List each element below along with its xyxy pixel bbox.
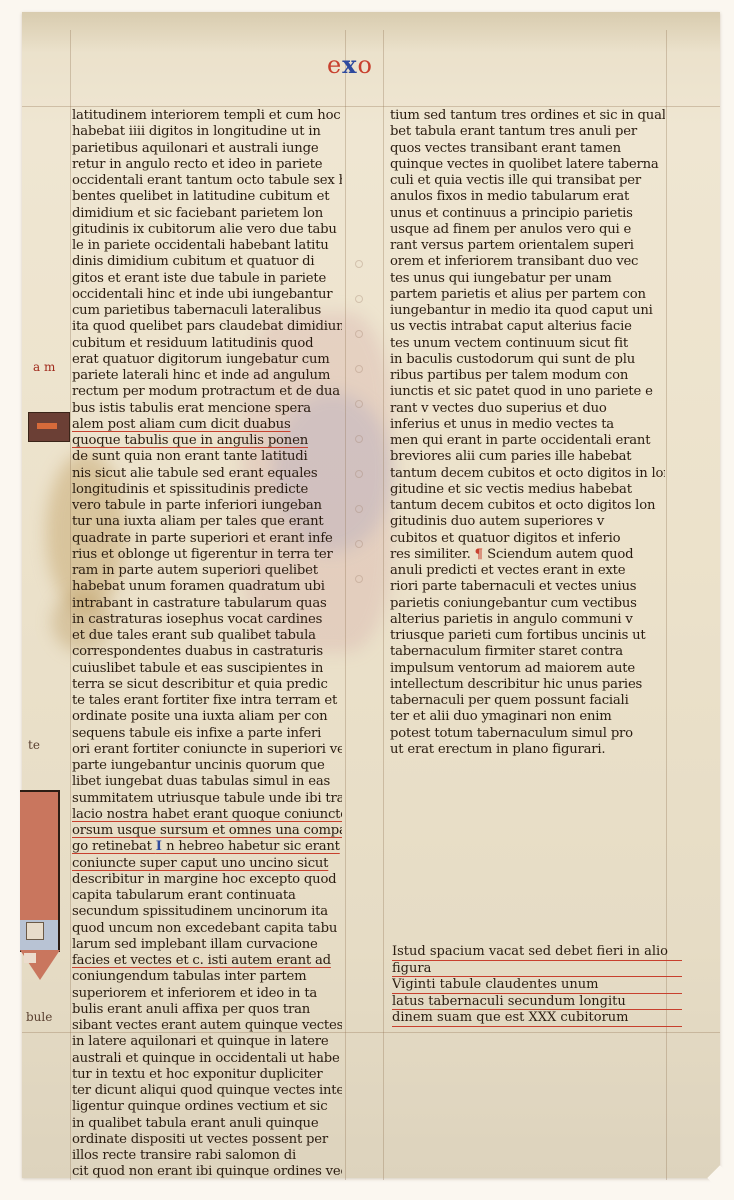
text-line: quinque vectes in quolibet latere tabern… [390,157,665,173]
text-line: terra se sicut describitur et quia predi… [72,677,342,693]
text-line: et due tales erant sub qualibet tabula [72,628,342,644]
text-line: in qualibet tabula erant anuli quinque [72,1116,342,1132]
text-line: rant v vectes duo superius et duo [390,401,665,417]
left-text-column: latitudinem interiorem templi et cum hoc… [72,108,342,1181]
paragraph-mark: ¶ [475,547,488,562]
text-line: men qui erant in parte occidentali erant [390,433,665,449]
text-line: Istud spacium vacat sed debet fieri in a… [392,944,682,961]
blue-initial: I [156,839,166,854]
text-line: rius et oblonge ut figerentur in terra t… [72,547,342,563]
text-line: erat quatuor digitorum iungebatur cum [72,352,342,368]
text-line: tabernaculi per quem possunt faciali [390,693,665,709]
text-line: tes unum vectem continuum sicut fit [390,336,665,352]
text-line: cubitum et residuum latitudinis quod [72,336,342,352]
text-line: quoque tabulis que in angulis ponen [72,433,342,449]
text-line: larum sed implebant illam curvacione [72,937,342,953]
text-line: figura [392,961,682,978]
text-line: coniungendum tabulas inter partem [72,969,342,985]
text-line: vero tabule in parte inferiori iungeban [72,498,342,514]
text-line: tantum decem cubitos et octo digitos lon [390,498,665,514]
text-line: quos vectes transibant erant tamen [390,141,665,157]
text-line: ligentur quinque ordines vectium et sic [72,1099,342,1115]
text-line: dinis dimidium cubitum et quatuor di [72,254,342,270]
bottom-note: Istud spacium vacat sed debet fieri in a… [392,944,682,1027]
text-line: correspondentes duabus in castraturis [72,644,342,660]
running-head-x: x [342,50,357,79]
text-line: intrabant in castrature tabularum quas [72,596,342,612]
text-line: describitur in margine hoc excepto quod [72,872,342,888]
text-line: facies et vectes et c. isti autem erant … [72,953,342,969]
diagram-socket [26,922,44,940]
tabula-diagram [20,790,60,990]
text-line: anulos fixos in medio tabularum erat [390,189,665,205]
ruling-line [70,30,71,1180]
text-line: ram in parte autem superiori quelibet [72,563,342,579]
text-line: triusque parieti cum fortibus uncinis ut [390,628,665,644]
text-line: occidentali erant tantum octo tabule sex… [72,173,342,189]
text-line: ribus partibus per talem modum con [390,368,665,384]
text-line: occidentali hinc et inde ubi iungebantur [72,287,342,303]
text-line: lacio nostra habet erant quoque coniunct… [72,807,342,823]
text-line: bet tabula erant tantum tres anuli per [390,124,665,140]
text-line: summitatem utriusque tabule unde ibi tra [72,791,342,807]
text-line: habebat unum foramen quadratum ubi [72,579,342,595]
text-line: gitudinis duo autem superiores v [390,514,665,530]
text-line: sibant vectes erant autem quinque vectes [72,1018,342,1034]
text-line: potest totum tabernaculum simul pro [390,726,665,742]
margin-painted-box [28,412,70,442]
text-line: unus et continuus a principio parietis [390,206,665,222]
text-line: retur in angulo recto et ideo in pariete [72,157,342,173]
text-line: Viginti tabule claudentes unum [392,977,682,994]
text-line: de sunt quia non erant tante latitudi [72,449,342,465]
text-line: partem parietis et alius per partem con [390,287,665,303]
text-line: impulsum ventorum ad maiorem aute [390,661,665,677]
diagram-board [20,790,60,922]
text-line: breviores alii cum paries ille habebat [390,449,665,465]
text-line: anuli predicti et vectes erant in exte [390,563,665,579]
text-line: us vectis intrabat caput alterius facie [390,319,665,335]
text-line: gitudinis ix cubitorum alie vero due tab… [72,222,342,238]
prick-marks [355,260,361,610]
text-line: bus istis tabulis erat mencione spera [72,401,342,417]
text-line: secundum spissitudinem uncinorum ita [72,904,342,920]
text-line: alterius parietis in angulo communi v [390,612,665,628]
text-line: orem et inferiorem transibant duo vec [390,254,665,270]
margin-annotation: te [28,738,40,752]
right-text-column: tium sed tantum tres ordines et sic in q… [390,108,665,758]
text-line: riori parte tabernaculi et vectes unius [390,579,665,595]
text-line: latus tabernaculi secundum longitu [392,994,682,1011]
diagram-tenon-mark [24,953,36,963]
text-line: tes unus qui iungebatur per unam [390,271,665,287]
text-line: iungebantur in medio ita quod caput uni [390,303,665,319]
text-line: dinem suam que est XXX cubitorum [392,1010,682,1027]
text-line: australi et quinque in occidentali ut ha… [72,1051,342,1067]
text-line: bentes quelibet in latitudine cubitum et [72,189,342,205]
margin-rubric-mark: a m [33,360,55,374]
text-line: tur in textu et hoc exponitur dupliciter [72,1067,342,1083]
text-line: parte iungebantur uncinis quorum que [72,758,342,774]
text-line: le in pariete occidentali habebant latit… [72,238,342,254]
text-line: cum parietibus tabernaculi lateralibus [72,303,342,319]
text-line: tium sed tantum tres ordines et sic in q… [390,108,665,124]
text-line: parietis coniungebantur cum vectibus [390,596,665,612]
text-line: rant versus partem orientalem superi [390,238,665,254]
text-line: te tales erant fortiter fixe intra terra… [72,693,342,709]
text-line: superiorem et inferiorem et ideo in ta [72,986,342,1002]
text-line: res similiter. ¶ Sciendum autem quod [390,547,665,563]
text-line: cuiuslibet tabule et eas suscipientes in [72,661,342,677]
text-line: habebat iiii digitos in longitudine ut i… [72,124,342,140]
text-line: libet iungebat duas tabulas simul in eas [72,774,342,790]
text-line: gitudine et sic vectis medius habebat [390,482,665,498]
text-line: ordinate posite una iuxta aliam per con [72,709,342,725]
text-line: ter et alii duo ymaginari non enim [390,709,665,725]
text-line: capita tabularum erant continuata [72,888,342,904]
text-line: ordinate dispositi ut vectes possent per [72,1132,342,1148]
text-line: in castraturas iosephus vocat cardines [72,612,342,628]
text-line: intellectum describitur hic unus paries [390,677,665,693]
text-line: culi et quia vectis ille qui transibat p… [390,173,665,189]
text-line: ori erant fortiter coniuncte in superior… [72,742,342,758]
text-line: usque ad finem per anulos vero qui e [390,222,665,238]
text-line: bulis erant anuli affixa per quos tran [72,1002,342,1018]
text-line: quadrate in parte superiori et erant inf… [72,531,342,547]
text-line: go retinebat I n hebreo habetur sic eran… [72,839,342,855]
running-head: exo [327,50,373,79]
text-line: iunctis et sic patet quod in uno pariete… [390,384,665,400]
text-line: cubitos et quatuor digitos et inferio [390,531,665,547]
text-line: ut erat erectum in plano figurari. [390,742,665,758]
text-line: rectum per modum protractum et de dua [72,384,342,400]
text-line: gitos et erant iste due tabule in pariet… [72,271,342,287]
text-line: in latere aquilonari et quinque in later… [72,1034,342,1050]
text-line: tur una iuxta aliam per tales que erant [72,514,342,530]
text-line: longitudinis et spissitudinis predicte [72,482,342,498]
running-head-e: e [327,51,342,79]
text-line: orsum usque sursum et omnes una compa [72,823,342,839]
text-line: ita quod quelibet pars claudebat dimidiu… [72,319,342,335]
text-line: illos recte transire rabi salomon di [72,1148,342,1164]
diagram-label: bule [26,1010,52,1024]
text-line: latitudinem interiorem templi et cum hoc [72,108,342,124]
text-line: inferius et unus in medio vectes ta [390,417,665,433]
ruling-line [383,30,384,1180]
folded-corner [707,1165,732,1190]
running-head-o: o [358,51,373,79]
text-line: quod uncum non excedebant capita tabu [72,921,342,937]
text-line: dimidium et sic faciebant parietem lon [72,206,342,222]
text-line: alem post aliam cum dicit duabus [72,417,342,433]
text-line: parietibus aquilonari et australi iunge [72,141,342,157]
text-line: nis sicut alie tabule sed erant equales [72,466,342,482]
ruling-line [345,30,346,1180]
text-line: in baculis custodorum qui sunt de plu [390,352,665,368]
text-line: cit quod non erant ibi quinque ordines v… [72,1164,342,1180]
text-line: tantum decem cubitos et octo digitos in … [390,466,665,482]
text-line: sequens tabule eis infixe a parte inferi [72,726,342,742]
ruling-line [22,106,720,107]
text-line: coniuncte super caput uno uncino sicut [72,856,342,872]
text-line: ter dicunt aliqui quod quinque vectes in… [72,1083,342,1099]
text-line: tabernaculum firmiter staret contra [390,644,665,660]
text-line: pariete laterali hinc et inde ad angulum [72,368,342,384]
